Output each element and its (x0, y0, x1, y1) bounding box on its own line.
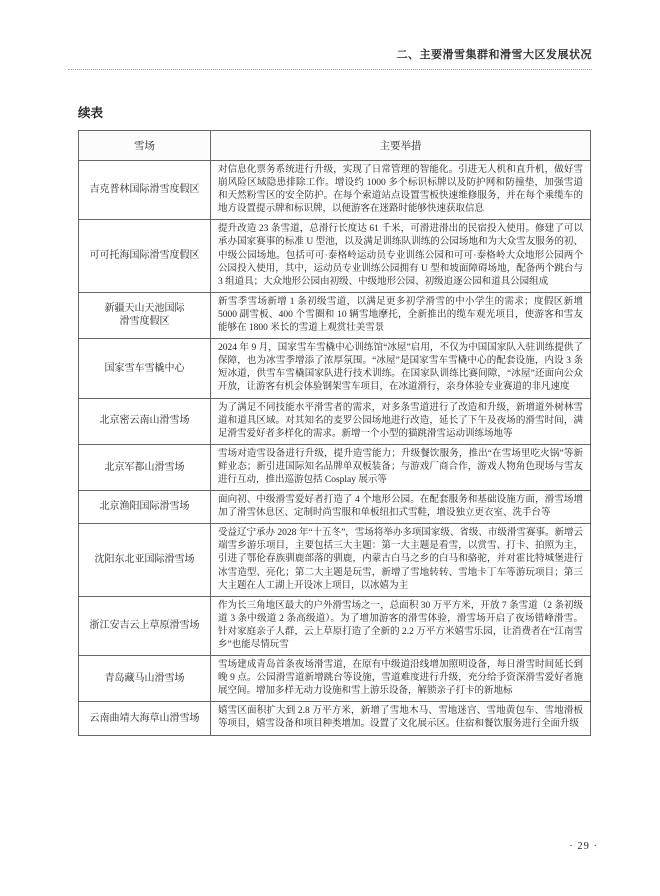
resort-name-cell: 国家雪车雪橇中心 (79, 339, 211, 398)
measures-cell: 受益辽宁承办 2028 年“十五冬”，雪场将举办多项国家级、省级、市级滑雪赛事。… (211, 524, 591, 596)
measures-cell: 面向初、中级滑雪爱好者打造了 4 个地形公园。在配套服务和基础设施方面，滑雪场增… (211, 491, 591, 524)
resort-name-cell: 北京渔阳国际滑雪场 (79, 491, 211, 524)
resort-name-cell: 青岛藏马山滑雪场 (79, 656, 211, 702)
table-continued-label: 续表 (78, 103, 592, 121)
document-page: { "page": { "running_head": "二、主要滑雪集群和滑雪… (0, 0, 660, 896)
table-header-row: 雪场 主要举措 (79, 131, 591, 161)
header-divider-rule (68, 69, 592, 70)
table-header: 雪场 主要举措 (79, 131, 591, 161)
table-row: 北京渔阳国际滑雪场 面向初、中级滑雪爱好者打造了 4 个地形公园。在配套服务和基… (79, 491, 591, 524)
table-row: 吉克普林国际滑雪度假区 对信息化票务系统进行升级，实现了日常管理的智能化。引进无… (79, 161, 591, 220)
measures-cell: 2024 年 9 月，国家雪车雪橇中心训练馆“冰屋”启用，不仅为中国国家队入驻训… (211, 339, 591, 398)
table-row: 新疆天山天池国际 滑雪度假区 新雪季雪场新增 1 条初级雪道，以满足更多初学滑雪… (79, 292, 591, 338)
table-row: 沈阳东北亚国际滑雪场 受益辽宁承办 2028 年“十五冬”，雪场将举办多项国家级… (79, 524, 591, 596)
ski-resort-measures-table: 雪场 主要举措 吉克普林国际滑雪度假区 对信息化票务系统进行升级，实现了日常管理… (78, 130, 591, 736)
table-row: 国家雪车雪橇中心 2024 年 9 月，国家雪车雪橇中心训练馆“冰屋”启用，不仅… (79, 339, 591, 398)
resort-name-cell: 沈阳东北亚国际滑雪场 (79, 524, 211, 596)
measures-cell: 新雪季雪场新增 1 条初级雪道，以满足更多初学滑雪的中小学生的需求；度假区新增 … (211, 292, 591, 338)
table-body: 吉克普林国际滑雪度假区 对信息化票务系统进行升级，实现了日常管理的智能化。引进无… (79, 161, 591, 736)
resort-name-cell: 北京密云南山滑雪场 (79, 398, 211, 444)
resort-name-cell: 新疆天山天池国际 滑雪度假区 (79, 292, 211, 338)
resort-column-header: 雪场 (79, 131, 211, 161)
resort-name-cell: 浙江安吉云上草原滑雪场 (79, 596, 211, 655)
table-row: 北京密云南山滑雪场 为了满足不同技能水平滑雪者的需求，对多条雪道进行了改造和升级… (79, 398, 591, 444)
measures-cell: 为了满足不同技能水平滑雪者的需求，对多条雪道进行了改造和升级，新增道外树林雪道和… (211, 398, 591, 444)
table-row: 北京军都山滑雪场 雪场对造雪设备进行升级，提升造雪能力；升级餐饮服务，推出“在雪… (79, 444, 591, 490)
table-row: 青岛藏马山滑雪场 雪场建成青岛首条夜场滑雪道，在原有中级道沿线增加照明设备，每日… (79, 656, 591, 702)
resort-name-cell: 可可托海国际滑雪度假区 (79, 220, 211, 292)
resort-name-cell: 吉克普林国际滑雪度假区 (79, 161, 211, 220)
page-content: 二、主要滑雪集群和滑雪大区发展状况 续表 雪场 主要举措 吉克普林国际滑雪度假区… (0, 0, 660, 736)
measures-cell: 对信息化票务系统进行升级，实现了日常管理的智能化。引进无人机和直升机，做好雪崩风… (211, 161, 591, 220)
measures-column-header: 主要举措 (211, 131, 591, 161)
page-number: · 29 · (569, 841, 598, 852)
measures-cell: 雪场建成青岛首条夜场滑雪道，在原有中级道沿线增加照明设备，每日滑雪时间延长到晚 … (211, 656, 591, 702)
resort-name-cell: 云南曲靖大海草山滑雪场 (79, 702, 211, 735)
measures-cell: 雪场对造雪设备进行升级，提升造雪能力；升级餐饮服务，推出“在雪场里吃火锅”等新鲜… (211, 444, 591, 490)
resort-name-cell: 北京军都山滑雪场 (79, 444, 211, 490)
table-row: 浙江安吉云上草原滑雪场 作为长三角地区最大的户外滑雪场之一，总面积 30 万平方… (79, 596, 591, 655)
measures-cell: 嬉雪区面积扩大到 2.8 万平方米，新增了雪地木马、雪地迷宫、雪地黄包车、雪地滑… (211, 702, 591, 735)
table-row: 可可托海国际滑雪度假区 提升改造 23 条雪道，总滑行长度达 61 千米，可滑进… (79, 220, 591, 292)
measures-cell: 提升改造 23 条雪道，总滑行长度达 61 千米，可滑进滑出的民宿投入使用。修建… (211, 220, 591, 292)
running-head: 二、主要滑雪集群和滑雪大区发展状况 (68, 46, 592, 62)
table-row: 云南曲靖大海草山滑雪场 嬉雪区面积扩大到 2.8 万平方米，新增了雪地木马、雪地… (79, 702, 591, 735)
measures-cell: 作为长三角地区最大的户外滑雪场之一，总面积 30 万平方米，开放 7 条雪道（2… (211, 596, 591, 655)
